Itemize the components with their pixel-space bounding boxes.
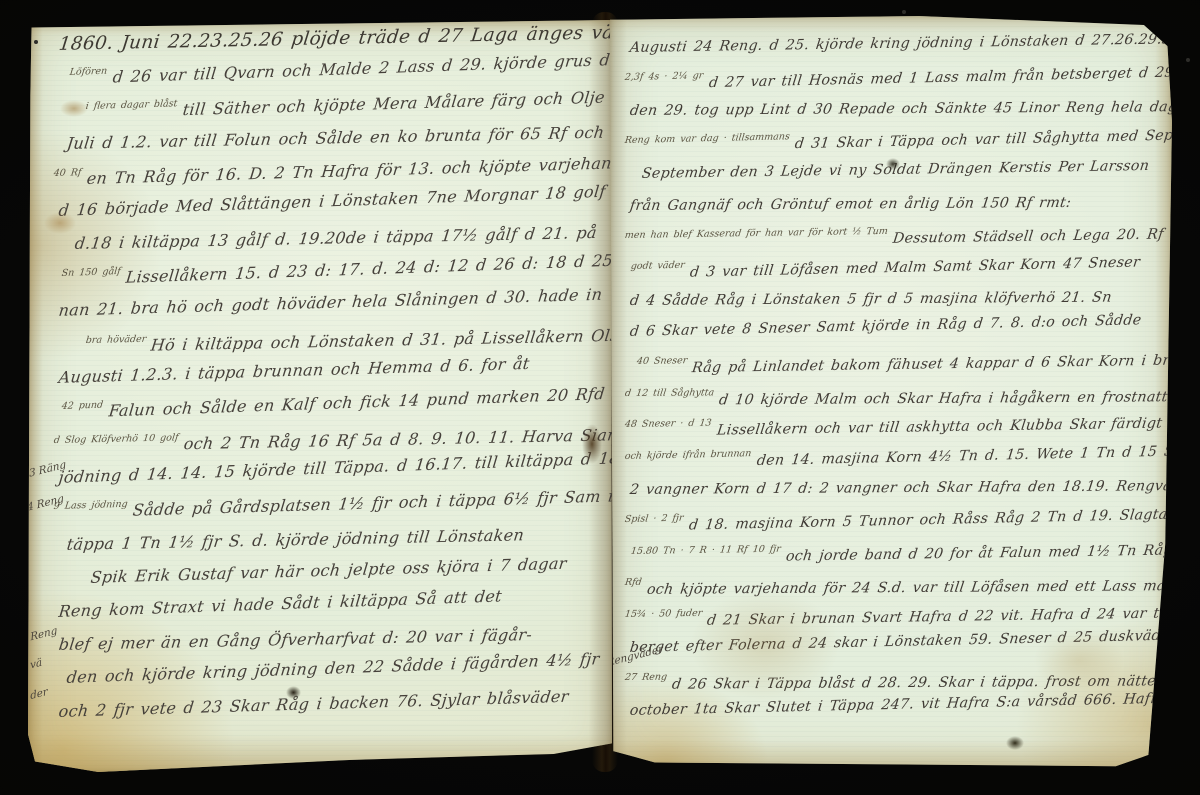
interline-note: 42 pund xyxy=(61,400,104,412)
margin-note: vä xyxy=(30,656,43,671)
interline-note: 40 Sneser xyxy=(636,355,688,367)
margin-note: der xyxy=(30,686,49,702)
interline-note: d 12 till Såghytta xyxy=(624,387,715,399)
line-text: d 21 Skar i brunan Svart Hafra d 22 vit.… xyxy=(706,604,1200,628)
line-text: 2 vangner Korn d 17 d: 2 vangner och Ska… xyxy=(629,478,1198,498)
interline-note: Löfören xyxy=(69,66,108,78)
manuscript-line: 40 SneserRåg på Linlandet bakom fähuset … xyxy=(637,348,1166,388)
dust-speck xyxy=(34,40,38,44)
page-right: Augusti 24 Reng. d 25. kjörde kring jödn… xyxy=(610,16,1172,770)
line-text: och kjöpte varjehanda för 24 S.d. var ti… xyxy=(646,578,1185,598)
line-text: och jorde band d 20 for åt Falun med 1½ … xyxy=(785,539,1200,564)
line-text: den 29. tog upp Lint d 30 Repade och Sän… xyxy=(629,99,1197,119)
right-page-text: Augusti 24 Reng. d 25. kjörde kring jödn… xyxy=(625,40,1166,735)
interline-note: 48 Sneser · d 13 xyxy=(624,418,712,430)
interline-note: 15.80 Tn · 7 R · 11 Rf 10 fjr xyxy=(630,543,781,556)
line-text: från Gangnäf och Gröntuf emot en årlig L… xyxy=(629,195,1072,214)
line-text: Dessutom Städsell och Lega 20. Rf och en… xyxy=(892,224,1200,247)
interline-note: i flera dagar blåst xyxy=(85,98,178,112)
line-text: d 10 kjörde Malm och Skar Hafra i hågåke… xyxy=(718,388,1200,408)
page-left: 1860. Juni 22.23.25.26 plöjde träde d 27… xyxy=(28,20,612,772)
manuscript-line: September den 3 Lejde vi ny Soldat Dräng… xyxy=(637,158,1166,198)
interline-note: Sn 150 gålf xyxy=(61,266,121,279)
interline-note: och kjörde ifrån brunnan xyxy=(624,448,752,462)
dust-speck xyxy=(1186,58,1190,62)
left-page-text: 1860. Juni 22.23.25.26 plöjde träde d 27… xyxy=(54,34,604,735)
interline-note: 15¾ · 50 fuder xyxy=(624,607,703,619)
interline-note: bra höväder xyxy=(85,333,147,345)
interline-note: godt väder xyxy=(630,260,685,272)
interline-note: 40 Rf xyxy=(53,167,82,179)
photo-background: 1860. Juni 22.23.25.26 plöjde träde d 27… xyxy=(0,0,1200,795)
interline-note: 2,3f 4s · 2¼ gr xyxy=(624,70,704,83)
dust-speck xyxy=(902,10,906,14)
line-text: Råg på Linlandet bakom fähuset 4 kappar … xyxy=(691,352,1200,376)
line-text: d 4 Sådde Råg i Lönstaken 5 fjr d 5 masj… xyxy=(629,289,1113,308)
line-text: d 3 var till Löfåsen med Malm Samt Skar … xyxy=(689,255,1141,281)
interline-note: d Slog Klöfverhö 10 golf xyxy=(53,432,179,446)
interline-note: 9 Lass jödning xyxy=(53,499,128,512)
interline-note: Spisl · 2 fjr xyxy=(624,513,684,525)
line-text: Augusti 24 Reng. d 25. kjörde kring jödn… xyxy=(629,31,1200,56)
interline-note: Rfd xyxy=(624,577,642,588)
line-text: Lissellåkern och var till askhytta och K… xyxy=(716,414,1200,439)
interline-note: 27 Reng xyxy=(624,672,668,683)
line-text: d 26 Skar i Täppa blåst d 28. 29. Skar i… xyxy=(671,673,1182,693)
